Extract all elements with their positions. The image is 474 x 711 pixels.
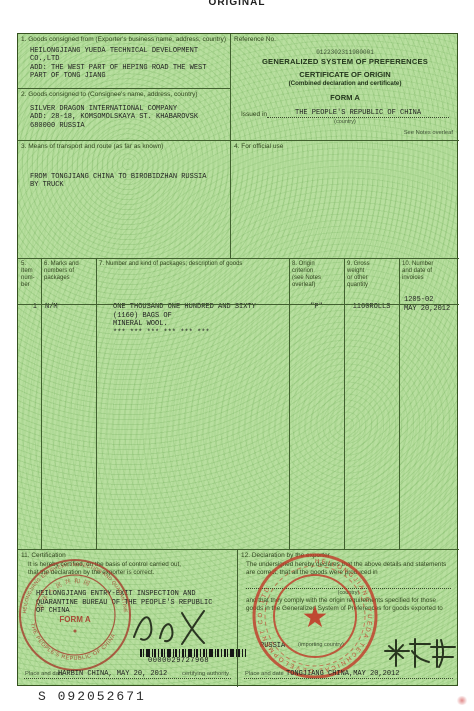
box11-place-value: HARBIN CHINA, MAY 20, 2012: [58, 670, 167, 679]
box1-goods-consigned-from: 1. Goods consigned from (Exporter's busi…: [18, 34, 231, 89]
header-marks: 6. Marks and numbers of packages: [41, 259, 96, 282]
stamp-cn-text: 中华人民共和国: [37, 577, 93, 612]
col-description: 7. Number and kind of packages; descript…: [96, 259, 290, 549]
form-a-title: FORM A: [231, 93, 459, 102]
header-invoices: 10. Number and date of invoices: [399, 259, 459, 282]
box12-place-value: TONGJIANG CHINA,MAY 20,2012: [286, 670, 399, 679]
certificate-form: 1. Goods consigned from (Exporter's busi…: [17, 33, 458, 686]
exporter-company-stamp: HEILONGJIANG YUEDA TECHNICAL DEVELOPMENT…: [249, 550, 381, 682]
barcode-number: 0000029727968: [148, 657, 209, 665]
certificate-heading: 0122302311980001 GENERALIZED SYSTEM OF P…: [231, 49, 459, 102]
combined-declaration-subtitle: (Combined declaration and certificate): [231, 80, 459, 87]
col-origin-criterion: 8. Origin criterion (see Notes overleaf)…: [289, 259, 345, 549]
svg-text:HEILONGJIANG ENTRY-EXIT INSPEC: HEILONGJIANG ENTRY-EXIT INSPECTION AND Q…: [16, 556, 128, 614]
gsp-title: GENERALIZED SYSTEM OF PREFERENCES: [231, 57, 459, 66]
stamp-star-icon: ★: [302, 601, 329, 634]
exporter-signature: [381, 635, 461, 671]
stamp-ring-text: HEILONGJIANG ENTRY-EXIT INSPECTION AND Q…: [16, 556, 128, 614]
box2-label: 2. Goods consigned to (Consignee's name,…: [18, 89, 230, 99]
box3-transport-value: FROM TONGJIANG CHINA TO BIROBIDZHAN RUSS…: [30, 173, 230, 190]
box1-label: 1. Goods consigned from (Exporter's busi…: [18, 34, 230, 44]
box3-means-of-transport: 3. Means of transport and route (as far …: [18, 141, 231, 259]
stamp-dot: [74, 630, 77, 633]
cell-description: ONE THOUSAND ONE HUNDRED AND SIXTY (1160…: [96, 303, 289, 337]
box4-for-official-use: 4. For official use: [231, 141, 459, 259]
barcode: [140, 649, 246, 657]
issued-in-country: THE PEOPLE'S REPUBLIC OF CHINA: [267, 109, 449, 119]
col-item-number: 5. Item num- ber 1: [18, 259, 42, 549]
box12-declaration: 12. Declaration by the exporter The unde…: [238, 549, 459, 687]
svg-text:中华人民共和国: 中华人民共和国: [37, 577, 93, 612]
header-origin-criterion: 8. Origin criterion (see Notes overleaf): [289, 259, 344, 289]
col-marks: 6. Marks and numbers of packages N/M: [41, 259, 97, 549]
box12-place-label: Place and date: [245, 671, 284, 677]
certificate-of-origin-title: CERTIFICATE OF ORIGIN: [231, 70, 459, 79]
box2-consignee-value: SILVER DRAGON INTERNATIONAL COMPANY ADD:…: [30, 105, 230, 131]
box2-goods-consigned-to: 2. Goods consigned to (Consignee's name,…: [18, 89, 231, 141]
box11-place-date-line: Place and date HARBIN CHINA, MAY 20, 201…: [18, 669, 237, 679]
issued-in-line: Issued in THE PEOPLE'S REPUBLIC OF CHINA: [241, 109, 449, 119]
box11-place-label-tail: certifying authority: [182, 671, 229, 677]
red-ink-speck: [456, 696, 468, 705]
reference-box: Reference No. 0122302311980001 GENERALIZ…: [231, 34, 459, 141]
stamp-form-a-text: FORM A: [59, 615, 90, 624]
box1-exporter-value: HEILONGJIANG YUEDA TECHNICAL DEVELOPMENT…: [30, 47, 230, 81]
original-watermark: ORIGINAL: [0, 0, 474, 8]
col-gross-weight: 9. Gross weight or other quantity 1160RO…: [344, 259, 400, 549]
box11-certification: 11. Certification It is hereby certified…: [18, 549, 238, 687]
inspection-bureau-stamp: HEILONGJIANG ENTRY-EXIT INSPECTION AND Q…: [16, 556, 134, 674]
box12-place-date-line: Place and date TONGJIANG CHINA,MAY 20,20…: [238, 669, 459, 679]
form-serial-number: S 092052671: [38, 689, 146, 704]
col-invoices: 10. Number and date of invoices 1205-02 …: [399, 259, 459, 549]
reference-label: Reference No.: [231, 34, 459, 44]
reference-number: 0122302311980001: [231, 49, 459, 56]
see-notes-overleaf: See Notes overleaf: [404, 130, 453, 136]
table-header-divider: [18, 304, 459, 305]
box4-label: 4. For official use: [231, 141, 459, 151]
country-caption: (country): [231, 119, 459, 125]
box3-label: 3. Means of transport and route (as far …: [18, 141, 230, 151]
issued-in-label: Issued in: [241, 111, 267, 118]
header-gross-weight: 9. Gross weight or other quantity: [344, 259, 399, 289]
header-description: 7. Number and kind of packages; descript…: [96, 259, 289, 268]
header-item-number: 5. Item num- ber: [18, 259, 41, 289]
